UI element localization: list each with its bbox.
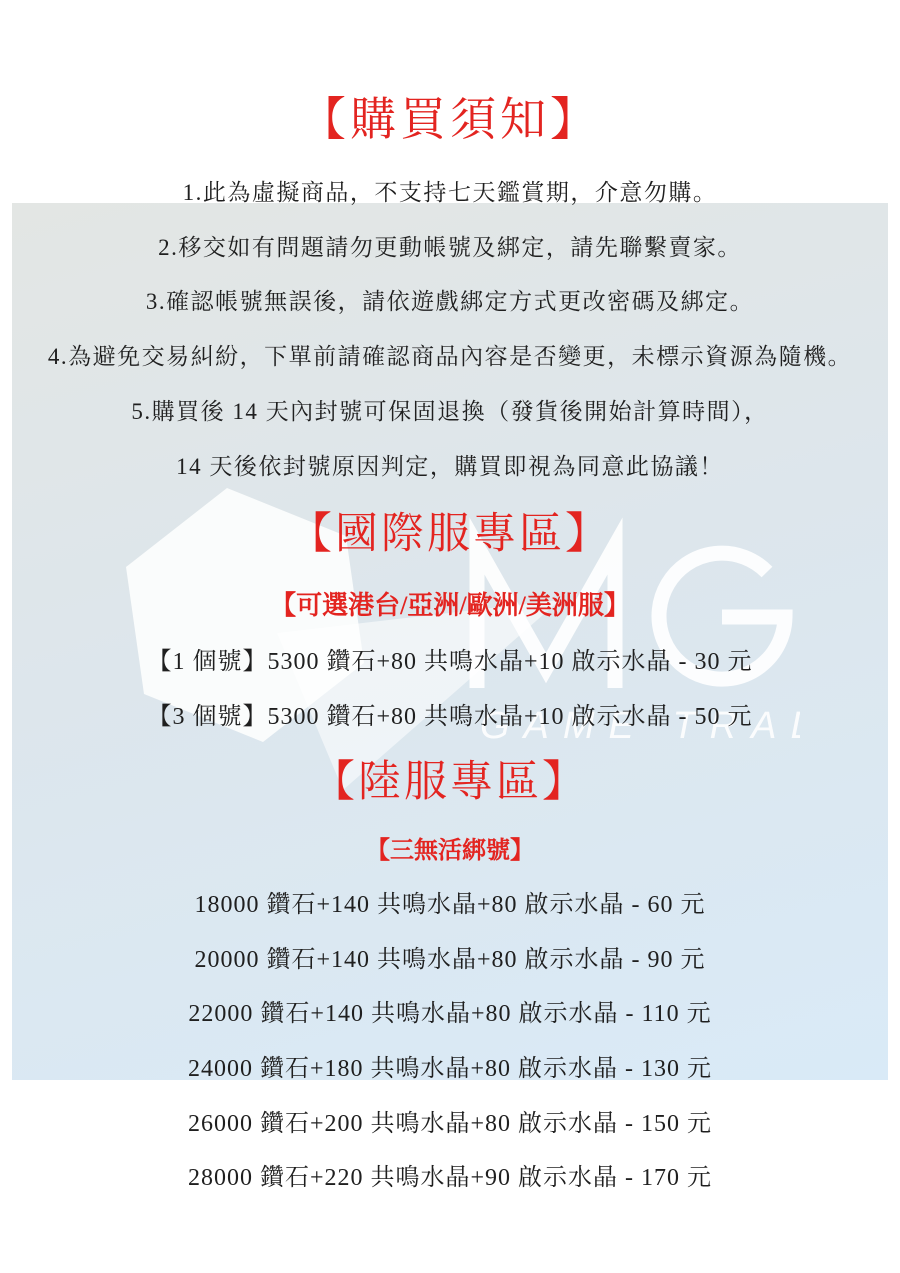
price-line: 26000 鑽石+200 共鳴水晶+80 啟示水晶 - 150 元 (0, 1103, 900, 1138)
section-subtitle-cn-server: 【三無活綁號】 (0, 830, 900, 865)
section-title-cn-server: 【陸服專區】 (0, 748, 900, 809)
notice-line-1: 1.此為虛擬商品，不支持七天鑑賞期，介意勿購。 (0, 174, 900, 207)
notice-line-2: 2.移交如有問題請勿更動帳號及綁定，請先聯繫賣家。 (0, 229, 900, 262)
price-line: 18000 鑽石+140 共鳴水晶+80 啟示水晶 - 60 元 (0, 884, 900, 919)
notice-line-4: 4.為避免交易糾紛，下單前請確認商品內容是否變更，未標示資源為隨機。 (0, 338, 900, 371)
section-subtitle-international: 【可選港台/亞洲/歐洲/美洲服】 (0, 585, 900, 622)
price-line: 22000 鑽石+140 共鳴水晶+80 啟示水晶 - 110 元 (0, 993, 900, 1028)
page-title: 【購買須知】 (0, 83, 900, 149)
price-line: 24000 鑽石+180 共鳴水晶+80 啟示水晶 - 130 元 (0, 1048, 900, 1083)
price-line: 【3 個號】5300 鑽石+80 共鳴水晶+10 啟示水晶 - 50 元 (0, 696, 900, 731)
notice-line-3: 3.確認帳號無誤後，請依遊戲綁定方式更改密碼及綁定。 (0, 283, 900, 316)
price-line: 28000 鑽石+220 共鳴水晶+90 啟示水晶 - 170 元 (0, 1157, 900, 1192)
price-line: 【1 個號】5300 鑽石+80 共鳴水晶+10 啟示水晶 - 30 元 (0, 641, 900, 676)
section-title-international: 【國際服專區】 (0, 500, 900, 561)
listing-poster: GAME TRADE 【購買須知】 1.此為虛擬商品，不支持七天鑑賞期，介意勿購… (0, 0, 900, 1273)
notice-line-6: 14 天後依封號原因判定，購買即視為同意此協議！ (0, 448, 900, 481)
price-line: 20000 鑽石+140 共鳴水晶+80 啟示水晶 - 90 元 (0, 939, 900, 974)
notice-line-5: 5.購買後 14 天內封號可保固退換（發貨後開始計算時間）， (0, 393, 900, 426)
